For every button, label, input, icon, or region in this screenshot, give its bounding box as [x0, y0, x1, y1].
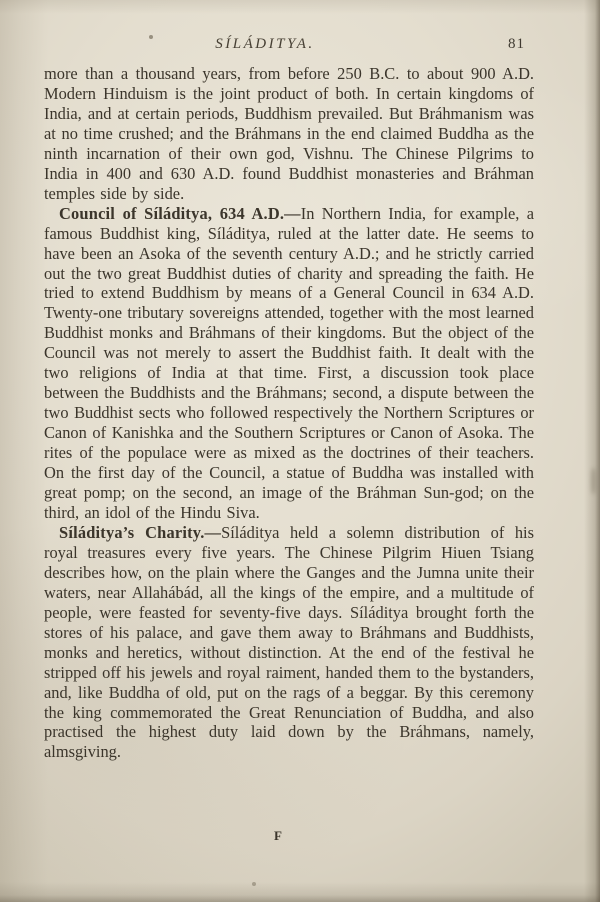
- paragraph-council: Council of Síláditya, 634 A.D.—In Northe…: [44, 204, 534, 523]
- signature-mark: F: [258, 828, 298, 844]
- page-number: 81: [508, 36, 525, 53]
- paragraph-body: more than a thousand years, from before …: [44, 64, 534, 203]
- page-edge-smudge: [591, 468, 596, 494]
- paragraph-charity: Síláditya’s Charity.—Síláditya held a so…: [44, 523, 534, 762]
- page-header: SÍLÁDITYA. 81: [0, 36, 600, 56]
- paragraph-lead: Council of Síláditya, 634 A.D.—: [59, 204, 301, 223]
- paragraph-body: Síláditya held a solemn distribution of …: [44, 523, 534, 761]
- paragraph-body: In Northern India, for example, a famous…: [44, 204, 534, 522]
- paper-speck: [252, 882, 256, 886]
- running-title: SÍLÁDITYA.: [0, 36, 530, 53]
- text-block: more than a thousand years, from before …: [44, 64, 534, 762]
- paragraph-continuation: more than a thousand years, from before …: [44, 64, 534, 204]
- paragraph-lead: Síláditya’s Charity.—: [59, 523, 221, 542]
